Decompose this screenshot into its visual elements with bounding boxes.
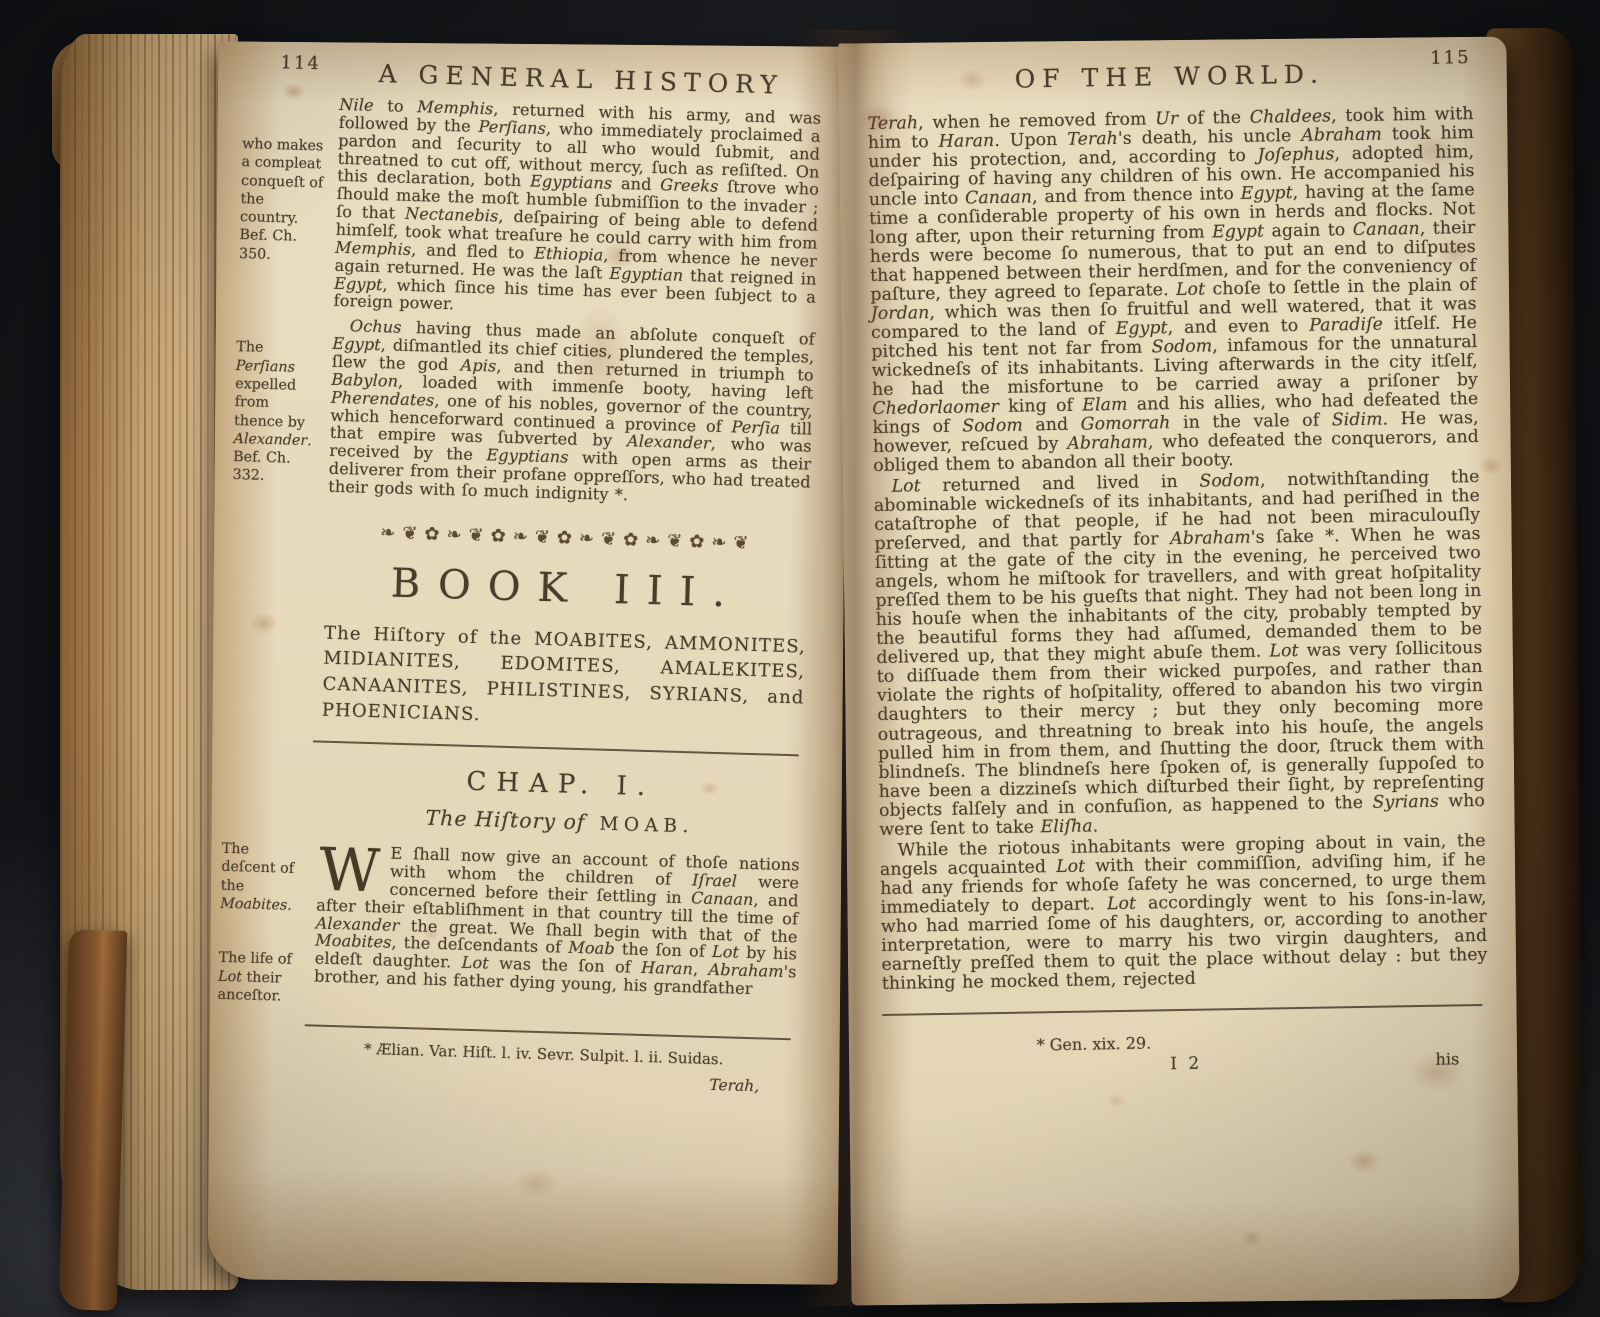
chapter-subtitle: The Hiſtory of MOAB. xyxy=(319,803,801,841)
book-page-left: 114 A GENERAL HISTORY who makes a comple… xyxy=(208,41,849,1284)
chapter-paragraph-block: The deſcent of the Moabites. The life of… xyxy=(217,840,799,1021)
catchword: his xyxy=(1435,1049,1459,1068)
leather-spine-edge xyxy=(59,929,128,1310)
footnote-rule xyxy=(882,1004,1482,1016)
section-rule xyxy=(313,740,799,756)
footnote-rule xyxy=(305,1024,791,1040)
chapter-subtitle-caps: MOAB. xyxy=(599,814,694,838)
margin-note: who makes a compleat conqueſt of the cou… xyxy=(237,93,339,310)
photo-backdrop: 114 A GENERAL HISTORY who makes a comple… xyxy=(0,0,1600,1317)
book-subtitle: The Hiſtory of the MOABITES, AMMONITES, … xyxy=(322,621,807,737)
page-number: 115 xyxy=(1430,47,1471,69)
body-paragraph: While the riotous inhabitants were gropi… xyxy=(880,832,1488,994)
body-paragraph: Lot returned and lived in Sodom, notwith… xyxy=(873,468,1485,839)
body-paragraph: Nile to Memphis, returned with his army,… xyxy=(333,96,821,324)
book-page-right: OF THE WORLD. 115 Terah, when he removed… xyxy=(838,37,1519,1306)
running-header: OF THE WORLD. xyxy=(867,57,1473,96)
paragraph-block: The Perſians expelled from thence by Ale… xyxy=(232,314,815,509)
floral-ornament-band: ❧❦✿❧❦✿❧❦✿❧❦✿❧❦✿❧❦ xyxy=(327,521,809,556)
body-paragraph: Ochus having thus made an abſolute conqu… xyxy=(328,317,815,509)
footnote: * Ælian. Var. Hiſt. l. iv. Sevr. Sulpit.… xyxy=(364,1040,794,1070)
body-paragraph: Terah, when he removed from Ur of the Ch… xyxy=(867,105,1479,476)
paragraph-block: who makes a compleat conqueſt of the cou… xyxy=(237,93,821,324)
drop-cap: W xyxy=(317,843,391,895)
book-heading: BOOK III. xyxy=(325,559,808,619)
chapter-heading: CHAP. I. xyxy=(319,763,802,807)
margin-note: The deſcent of the Moabites. xyxy=(220,840,308,916)
margin-note: The life of Lot their anceſtor. xyxy=(217,949,305,1006)
text-block: Terah, when he removed from Ur of the Ch… xyxy=(867,105,1487,994)
margin-note-column: The deſcent of the Moabites. The life of… xyxy=(217,840,318,1007)
margin-note: The Perſians expelled from thence by Ale… xyxy=(232,314,333,495)
running-header: A GENERAL HISTORY xyxy=(340,58,823,101)
chapter-opening-paragraph: WE ſhall now give an account of thoſe na… xyxy=(314,843,800,1000)
chapter-subtitle-italic: The Hiſtory of xyxy=(425,806,586,835)
page-number: 114 xyxy=(280,52,321,74)
right-page-header: OF THE WORLD. 115 xyxy=(867,57,1474,105)
